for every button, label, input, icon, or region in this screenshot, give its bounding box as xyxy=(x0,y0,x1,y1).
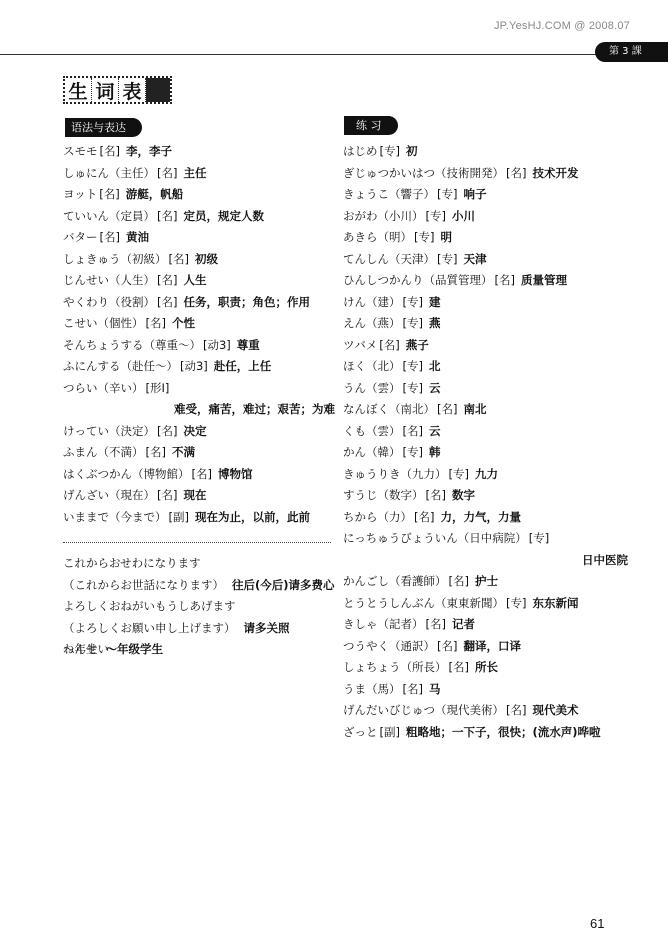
entry-reading: いままで（今まで） xyxy=(63,510,167,524)
entry-part-of-speech: [名] xyxy=(426,617,446,631)
entry-part-of-speech: [名] xyxy=(157,273,177,287)
expression-text: よろしくおねがいもうしあげます xyxy=(63,599,236,613)
entry-part-of-speech: [名] xyxy=(146,316,166,330)
entry-reading: しゅにん（主任） xyxy=(63,166,155,180)
entry-part-of-speech: [名] xyxy=(449,574,469,588)
entry-part-of-speech: [名] xyxy=(100,144,120,158)
entry-reading: きょうこ（響子） xyxy=(343,187,435,201)
vocab-entry: つうやく（通訳）[名]翻译，口译 xyxy=(343,636,628,658)
entry-reading: ていいん（定員） xyxy=(63,209,155,223)
left-column: スモモ[名]李，李子しゅにん（主任）[名]主任ヨット[名]游艇，帆船ていいん（定… xyxy=(63,141,335,661)
entry-part-of-speech: [专] xyxy=(403,381,423,395)
expression-entry: （よろしくお願い申し上げます）请多关照 xyxy=(63,618,335,640)
vocab-entry: きょうこ（響子）[专]响子 xyxy=(343,184,628,206)
vocab-entry: げんだいびじゅつ（現代美術）[名]现代美术 xyxy=(343,700,628,722)
entry-reading: バター xyxy=(63,230,98,244)
entry-reading: うま（馬） xyxy=(343,682,401,696)
entry-part-of-speech: [专] xyxy=(403,445,423,459)
entry-meaning: 难受，痛苦，难过；艰苦；为难 xyxy=(174,402,335,416)
vocab-entry: しゅにん（主任）[名]主任 xyxy=(63,163,335,185)
vocabulary-title: 生 词 表 xyxy=(63,76,172,104)
vocab-entry: なんぼく（南北）[名]南北 xyxy=(343,399,628,421)
entry-meaning: 建 xyxy=(429,295,441,309)
entry-meaning: 响子 xyxy=(463,187,486,201)
entry-part-of-speech: [专] xyxy=(403,316,423,330)
vocab-entry: はじめ[专]初 xyxy=(343,141,628,163)
section-label-practice: 练 习 xyxy=(344,116,398,135)
entry-part-of-speech: [名] xyxy=(157,488,177,502)
entry-meaning: 马 xyxy=(429,682,441,696)
entry-reading: しょちょう（所長） xyxy=(343,660,447,674)
entry-part-of-speech: [名] xyxy=(403,682,423,696)
entry-meaning: 现代美术 xyxy=(532,703,578,717)
entry-reading: けん（建） xyxy=(343,295,401,309)
vocab-entry: けってい（決定）[名]决定 xyxy=(63,421,335,443)
entry-reading: ふにんする（赴任～） xyxy=(63,359,178,373)
entry-part-of-speech: [动3] xyxy=(203,338,231,352)
entry-meaning: 小川 xyxy=(452,209,475,223)
entry-meaning: 力，力气，力量 xyxy=(440,510,521,524)
entry-meaning: 初 xyxy=(406,144,418,158)
entry-part-of-speech: [名] xyxy=(157,424,177,438)
vocab-entry: にっちゅうびょういん（日中病院）[专] xyxy=(343,528,628,550)
entry-meaning: 尊重 xyxy=(237,338,260,352)
vocab-entry: ふにんする（赴任～）[动3]赴任，上任 xyxy=(63,356,335,378)
entry-meaning: 决定 xyxy=(183,424,206,438)
entry-part-of-speech: [专] xyxy=(380,144,400,158)
entry-meaning: 博物馆 xyxy=(218,467,253,481)
vocab-entry: スモモ[名]李，李子 xyxy=(63,141,335,163)
entry-meaning: 质量管理 xyxy=(521,273,567,287)
expression-text: ～年生 xyxy=(63,639,98,661)
vocab-entry: げんざい（現在）[名]现在 xyxy=(63,485,335,507)
entry-meaning: 不满 xyxy=(172,445,195,459)
entry-part-of-speech: [专] xyxy=(529,531,549,545)
entry-reading: えん（燕） xyxy=(343,316,401,330)
page-number: 61 xyxy=(590,916,604,931)
entry-reading: ツバメ xyxy=(343,338,377,352)
vocab-entry: えん（燕）[专]燕 xyxy=(343,313,628,335)
entry-part-of-speech: [专] xyxy=(426,209,446,223)
vocab-entry: ツバメ[名]燕子 xyxy=(343,335,628,357)
expression-meaning: 往后(今后)请多费心 xyxy=(232,578,335,592)
entry-meaning: 韩 xyxy=(429,445,441,459)
entry-part-of-speech: [名] xyxy=(146,445,166,459)
watermark: JP.YesHJ.COM @ 2008.07 xyxy=(494,20,630,32)
vocab-entry: ちから（力）[名]力，力气，力量 xyxy=(343,507,628,529)
entry-part-of-speech: [名] xyxy=(403,424,423,438)
vocab-entry: そんちょうする（尊重～）[动3]尊重 xyxy=(63,335,335,357)
entry-meaning: 北 xyxy=(429,359,441,373)
vocab-entry: かん（韓）[专]韩 xyxy=(343,442,628,464)
title-char: 生 xyxy=(65,78,92,102)
entry-part-of-speech: [名] xyxy=(379,338,399,352)
entry-meaning: 天津 xyxy=(463,252,486,266)
vocab-entry: けん（建）[专]建 xyxy=(343,292,628,314)
entry-reading: てんしん（天津） xyxy=(343,252,435,266)
entry-meaning: 现在为止，以前，此前 xyxy=(195,510,310,524)
expression-text: （これからお世話になります） xyxy=(63,578,224,592)
vocab-entry: つらい（辛い）[形Ⅰ] xyxy=(63,378,335,400)
entry-meaning: 粗略地；一下子，很快；(流水声)哗啦 xyxy=(406,725,601,739)
vocab-entry: きゅうりき（九力）[专]九力 xyxy=(343,464,628,486)
expression-meaning: ～年级学生 xyxy=(106,642,164,656)
entry-part-of-speech: [专] xyxy=(437,252,457,266)
vocab-entry: あきら（明）[专]明 xyxy=(343,227,628,249)
title-filled-block xyxy=(146,78,170,102)
entry-meaning: 李，李子 xyxy=(126,144,172,158)
expression-text: これからおせわになります xyxy=(63,556,201,570)
entry-part-of-speech: [名] xyxy=(449,660,469,674)
vocab-entry: やくわり（役割）[名]任务，职责；角色；作用 xyxy=(63,292,335,314)
entry-reading: スモモ xyxy=(63,144,98,158)
entry-reading: ざっと xyxy=(343,725,378,739)
entry-part-of-speech: [专] xyxy=(437,187,457,201)
lesson-tab: 第 3 課 xyxy=(595,42,668,62)
entry-reading: かん（韓） xyxy=(343,445,401,459)
title-char: 词 xyxy=(92,78,119,102)
vocab-entry: はくぶつかん（博物館）[名]博物馆 xyxy=(63,464,335,486)
entry-part-of-speech: [名] xyxy=(157,295,177,309)
vocab-entry: おがわ（小川）[专]小川 xyxy=(343,206,628,228)
entry-reading: おがわ（小川） xyxy=(343,209,424,223)
entry-reading: ぎじゅつかいはつ（技術開発） xyxy=(343,166,504,180)
vocab-entry: 难受，痛苦，难过；艰苦；为难 xyxy=(63,399,335,421)
entry-part-of-speech: [专] xyxy=(403,359,423,373)
entry-meaning: 明 xyxy=(440,230,452,244)
entry-part-of-speech: [名] xyxy=(437,402,457,416)
entry-reading: ちから（力） xyxy=(343,510,412,524)
entry-reading: あきら（明） xyxy=(343,230,412,244)
vocab-entry: ていいん（定員）[名]定员，规定人数 xyxy=(63,206,335,228)
entry-part-of-speech: [名] xyxy=(506,166,526,180)
expression-entry: （これからお世話になります）往后(今后)请多费心 xyxy=(63,575,335,597)
entry-part-of-speech: [名] xyxy=(426,488,446,502)
entry-reading: うん（雲） xyxy=(343,381,401,395)
dotted-divider xyxy=(63,532,331,543)
entry-meaning: 护士 xyxy=(475,574,498,588)
entry-meaning: 记者 xyxy=(452,617,475,631)
entry-part-of-speech: [副] xyxy=(169,510,189,524)
section-label-grammar: 语法与表达 xyxy=(65,118,142,137)
entry-part-of-speech: [名] xyxy=(437,639,457,653)
expression-entry: よろしくおねがいもうしあげます xyxy=(63,596,335,618)
entry-part-of-speech: [名] xyxy=(157,209,177,223)
entry-part-of-speech: [名] xyxy=(414,510,434,524)
entry-meaning: 云 xyxy=(429,424,441,438)
expression-meaning: 请多关照 xyxy=(244,621,290,635)
entry-part-of-speech: [名] xyxy=(495,273,515,287)
entry-reading: けってい（決定） xyxy=(63,424,155,438)
entry-meaning: 九力 xyxy=(475,467,498,481)
entry-part-of-speech: [名] xyxy=(169,252,189,266)
entry-part-of-speech: [名] xyxy=(100,230,120,244)
entry-reading: じんせい（人生） xyxy=(63,273,155,287)
entry-reading: かんごし（看護師） xyxy=(343,574,447,588)
entry-reading: くも（雲） xyxy=(343,424,401,438)
entry-meaning: 定员，规定人数 xyxy=(183,209,264,223)
vocab-entry: いままで（今まで）[副]现在为止，以前，此前 xyxy=(63,507,335,529)
entry-reading: ヨット xyxy=(63,187,97,201)
entry-part-of-speech: [名] xyxy=(506,703,526,717)
vocab-entry: てんしん（天津）[专]天津 xyxy=(343,249,628,271)
vocab-entry: くも（雲）[名]云 xyxy=(343,421,628,443)
vocab-entry: 日中医院 xyxy=(343,550,628,572)
entry-reading: はじめ xyxy=(343,144,378,158)
entry-part-of-speech: [形Ⅰ] xyxy=(146,381,170,395)
vocab-entry: ふまん（不満）[名]不满 xyxy=(63,442,335,464)
vocab-entry: うん（雲）[专]云 xyxy=(343,378,628,400)
entry-reading: にっちゅうびょういん（日中病院） xyxy=(343,531,527,545)
entry-meaning: 翻译，口译 xyxy=(463,639,521,653)
entry-meaning: 黄油 xyxy=(126,230,149,244)
entry-meaning: 游艇，帆船 xyxy=(126,187,184,201)
entry-meaning: 所长 xyxy=(475,660,498,674)
entry-part-of-speech: [动3] xyxy=(180,359,208,373)
title-char: 表 xyxy=(119,78,146,102)
vocab-entry: ヨット[名]游艇，帆船 xyxy=(63,184,335,206)
vocab-entry: こせい（個性）[名]个性 xyxy=(63,313,335,335)
vocab-entry: きしゃ（記者）[名]记者 xyxy=(343,614,628,636)
entry-reading: ひんしつかんり（品質管理） xyxy=(343,273,493,287)
entry-reading: ふまん（不満） xyxy=(63,445,144,459)
entry-meaning: 燕 xyxy=(429,316,441,330)
entry-part-of-speech: [专] xyxy=(506,596,526,610)
entry-meaning: 云 xyxy=(429,381,441,395)
entry-reading: ほく（北） xyxy=(343,359,401,373)
entry-reading: そんちょうする（尊重～） xyxy=(63,338,201,352)
entry-reading: きしゃ（記者） xyxy=(343,617,424,631)
entry-reading: つらい（辛い） xyxy=(63,381,144,395)
vocab-entry: ひんしつかんり（品質管理）[名]质量管理 xyxy=(343,270,628,292)
vocab-entry: じんせい（人生）[名]人生 xyxy=(63,270,335,292)
entry-reading: こせい（個性） xyxy=(63,316,144,330)
expression-entry: ねんせい～年生～年级学生 xyxy=(63,639,335,661)
entry-reading: はくぶつかん（博物館） xyxy=(63,467,190,481)
entry-reading: げんだいびじゅつ（現代美術） xyxy=(343,703,504,717)
entry-reading: つうやく（通訳） xyxy=(343,639,435,653)
vocab-entry: かんごし（看護師）[名]护士 xyxy=(343,571,628,593)
entry-meaning: 赴任，上任 xyxy=(214,359,272,373)
entry-part-of-speech: [专] xyxy=(449,467,469,481)
entry-part-of-speech: [名] xyxy=(99,187,119,201)
vocab-entry: すうじ（数字）[名]数字 xyxy=(343,485,628,507)
vocab-entry: しょきゅう（初級）[名]初级 xyxy=(63,249,335,271)
expression-text: （よろしくお願い申し上げます） xyxy=(63,621,236,635)
entry-part-of-speech: [名] xyxy=(192,467,212,481)
entry-reading: きゅうりき（九力） xyxy=(343,467,447,481)
vocab-entry: ほく（北）[专]北 xyxy=(343,356,628,378)
entry-meaning: 日中医院 xyxy=(582,553,628,567)
entry-reading: しょきゅう（初級） xyxy=(63,252,167,266)
entry-meaning: 个性 xyxy=(172,316,195,330)
entry-meaning: 初级 xyxy=(195,252,218,266)
entry-meaning: 主任 xyxy=(183,166,206,180)
entry-meaning: 南北 xyxy=(463,402,486,416)
entry-part-of-speech: [专] xyxy=(403,295,423,309)
vocab-entry: バター[名]黄油 xyxy=(63,227,335,249)
vocab-entry: うま（馬）[名]马 xyxy=(343,679,628,701)
entry-part-of-speech: [专] xyxy=(414,230,434,244)
entry-reading: げんざい（現在） xyxy=(63,488,155,502)
vocab-entry: ざっと[副]粗略地；一下子，很快；(流水声)哗啦 xyxy=(343,722,628,744)
entry-reading: とうとうしんぶん（東東新聞） xyxy=(343,596,504,610)
right-column: はじめ[专]初ぎじゅつかいはつ（技術開発）[名]技术开发きょうこ（響子）[专]响… xyxy=(343,141,628,743)
entry-meaning: 技术开发 xyxy=(532,166,578,180)
entry-reading: やくわり（役割） xyxy=(63,295,155,309)
entry-meaning: 任务，职责；角色；作用 xyxy=(183,295,310,309)
entry-meaning: 现在 xyxy=(183,488,206,502)
entry-meaning: 燕子 xyxy=(406,338,429,352)
vocab-entry: しょちょう（所長）[名]所长 xyxy=(343,657,628,679)
entry-part-of-speech: [名] xyxy=(157,166,177,180)
entry-meaning: 东东新闻 xyxy=(532,596,578,610)
expression-entry: これからおせわになります xyxy=(63,553,335,575)
vocab-entry: とうとうしんぶん（東東新聞）[专]东东新闻 xyxy=(343,593,628,615)
vocab-entry: ぎじゅつかいはつ（技術開発）[名]技术开发 xyxy=(343,163,628,185)
entry-reading: なんぼく（南北） xyxy=(343,402,435,416)
entry-meaning: 人生 xyxy=(183,273,206,287)
entry-reading: すうじ（数字） xyxy=(343,488,424,502)
entry-meaning: 数字 xyxy=(452,488,475,502)
header-rule xyxy=(0,54,615,55)
entry-part-of-speech: [副] xyxy=(380,725,400,739)
